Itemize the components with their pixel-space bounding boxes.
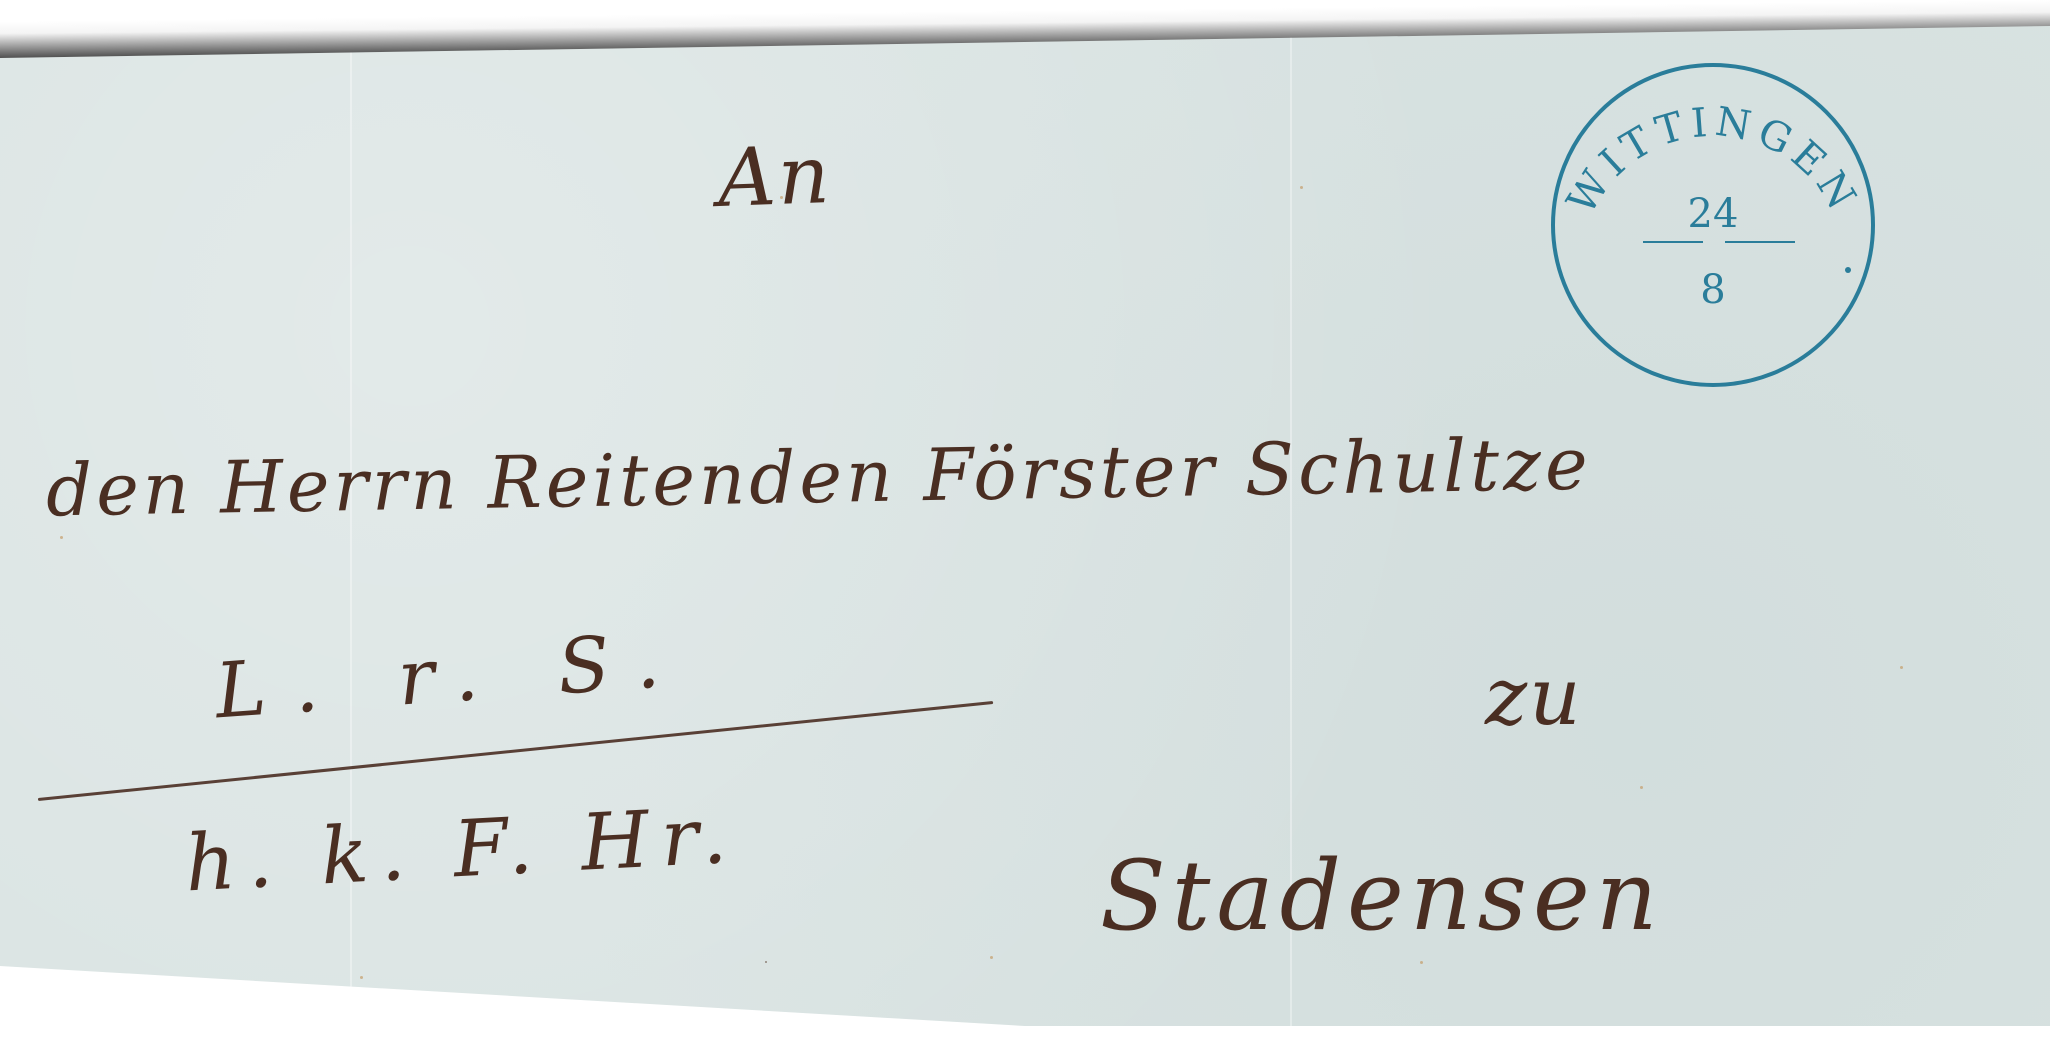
paper-speck bbox=[990, 956, 993, 959]
paper-speck bbox=[1640, 786, 1643, 789]
paper-speck bbox=[765, 961, 767, 963]
paper-speck bbox=[360, 976, 363, 979]
paper-speck bbox=[60, 536, 63, 539]
paper-speck bbox=[1420, 961, 1423, 964]
destination-town: Stadensen bbox=[1100, 840, 1664, 952]
paper-speck bbox=[1300, 186, 1303, 189]
preposition-text: zu bbox=[1485, 650, 1583, 743]
postmark-day: 24 bbox=[1688, 191, 1739, 237]
paper-speck bbox=[1900, 666, 1903, 669]
postmark-stamp: WITTINGEN 24 8 bbox=[1543, 55, 1883, 395]
salutation-text: An bbox=[716, 128, 832, 225]
postmark-month: 8 bbox=[1700, 267, 1725, 313]
postmark-circle-icon: WITTINGEN 24 8 bbox=[1543, 55, 1883, 395]
